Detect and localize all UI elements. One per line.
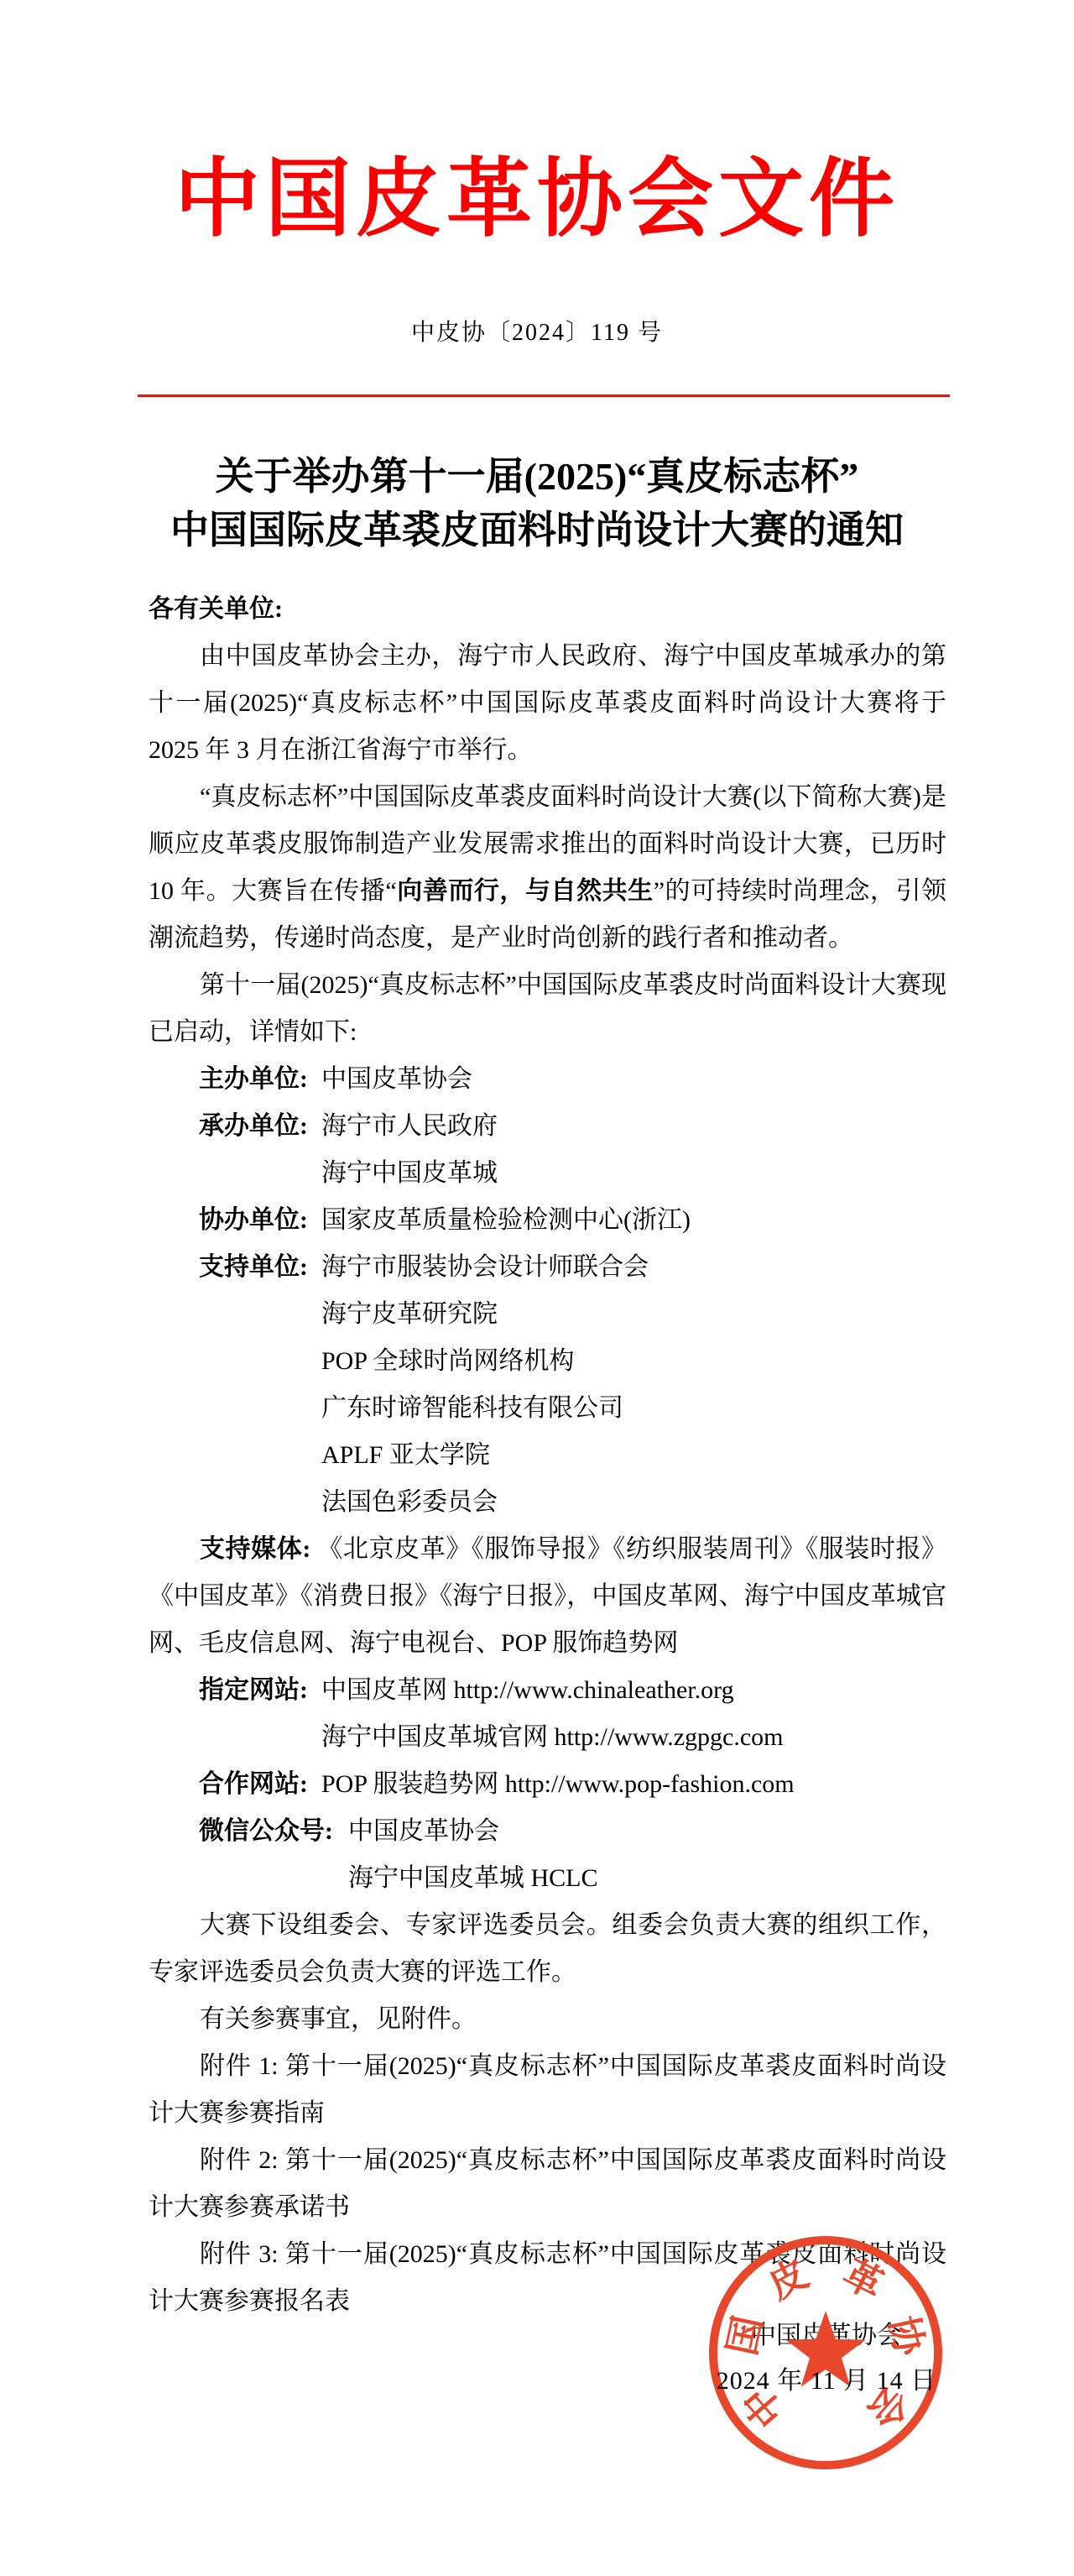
undertaker-unit-value: 海宁中国皮革城 xyxy=(321,1150,946,1197)
supporters-label: 支持单位: xyxy=(199,1244,321,1291)
official-websites-block: 指定网站:中国皮革网 http://www.chinaleather.org 海… xyxy=(149,1667,946,1761)
media-supporters-paragraph: 支持媒体: 《北京皮革》《服饰导报》《纺织服装周刊》《服装时报》《中国皮革》《消… xyxy=(149,1526,946,1667)
wechat-account-label: 微信公众号: xyxy=(199,1808,348,1855)
partner-website-block: 合作网站:POP 服装趋势网 http://www.pop-fashion.co… xyxy=(149,1761,946,1808)
red-divider-line xyxy=(138,394,950,397)
co-organizer-label: 协办单位: xyxy=(199,1197,321,1244)
partner-website-value: POP 服装趋势网 http://www.pop-fashion.com xyxy=(321,1770,795,1798)
paragraph-attachment-note: 有关参赛事宜，见附件。 xyxy=(149,1996,946,2043)
co-organizer-block: 协办单位:国家皮革质量检验检测中心(浙江) xyxy=(149,1197,946,1244)
media-supporters-label: 支持媒体: xyxy=(200,1535,317,1563)
host-unit-value: 中国皮革协会 xyxy=(321,1065,472,1093)
official-website-value: 中国皮革网 http://www.chinaleather.org xyxy=(321,1676,734,1704)
undertaker-unit-block: 承办单位:海宁市人民政府 海宁中国皮革城 xyxy=(149,1103,946,1197)
supporter-value: APLF 亚太学院 xyxy=(321,1432,946,1479)
document-body: 各有关单位: 由中国皮革协会主办，海宁市人民政府、海宁中国皮革城承办的第十一届(… xyxy=(0,586,1074,2325)
official-document-page: 中国皮革协会文件 中皮协〔2024〕119 号 关于举办第十一届(2025)“真… xyxy=(0,0,1074,2576)
official-seal: 中 国 皮 革 协 会 xyxy=(704,2231,947,2474)
supporter-value: POP 全球时尚网络机构 xyxy=(321,1338,946,1385)
undertaker-unit-label: 承办单位: xyxy=(199,1103,321,1150)
undertaker-unit-value: 海宁市人民政府 xyxy=(321,1112,498,1140)
document-title: 关于举办第十一届(2025)“真皮标志杯” 中国国际皮革裘皮面料时尚设计大赛的通… xyxy=(0,450,1074,557)
salutation: 各有关单位: xyxy=(149,586,946,633)
supporter-value: 海宁市服装协会设计师联合会 xyxy=(321,1253,649,1281)
supporter-value: 海宁皮革研究院 xyxy=(321,1291,946,1338)
seal-char: 国 xyxy=(720,2312,769,2359)
document-number: 中皮协〔2024〕119 号 xyxy=(0,316,1074,350)
paragraph-background: “真皮标志杯”中国国际皮革裘皮面料时尚设计大赛(以下简称大赛)是顺应皮革裘皮服饰… xyxy=(149,774,946,962)
paragraph-launch: 第十一届(2025)“真皮标志杯”中国国际皮革裘皮时尚面料设计大赛现已启动，详情… xyxy=(149,962,946,1056)
attachment-item-1: 附件 1: 第十一届(2025)“真皮标志杯”中国国际皮革裘皮面料时尚设计大赛参… xyxy=(149,2043,946,2137)
supporter-value: 广东时谛智能科技有限公司 xyxy=(321,1385,946,1432)
wechat-account-block: 微信公众号:中国皮革协会 海宁中国皮革城 HCLC xyxy=(149,1808,946,1902)
wechat-account-value: 海宁中国皮革城 HCLC xyxy=(348,1855,946,1902)
official-website-value: 海宁中国皮革城官网 http://www.zgpgc.com xyxy=(321,1714,946,1761)
partner-website-label: 合作网站: xyxy=(199,1761,321,1808)
seal-char: 协 xyxy=(881,2312,931,2361)
host-unit-block: 主办单位:中国皮革协会 xyxy=(149,1056,946,1103)
host-unit-label: 主办单位: xyxy=(199,1056,321,1103)
supporters-block: 支持单位:海宁市服装协会设计师联合会 海宁皮革研究院 POP 全球时尚网络机构 … xyxy=(149,1244,946,1526)
document-header-title: 中国皮革协会文件 xyxy=(0,0,1074,264)
paragraph-committee: 大赛下设组委会、专家评选委员会。组委会负责大赛的组织工作，专家评选委员会负责大赛… xyxy=(149,1902,946,1996)
document-title-line1: 关于举办第十一届(2025)“真皮标志杯” xyxy=(0,450,1074,504)
attachment-item-2: 附件 2: 第十一届(2025)“真皮标志杯”中国国际皮革裘皮面料时尚设计大赛参… xyxy=(149,2137,946,2231)
supporter-value: 法国色彩委员会 xyxy=(321,1479,946,1526)
wechat-account-value: 中国皮革协会 xyxy=(348,1817,499,1845)
document-title-line2: 中国国际皮革裘皮面料时尚设计大赛的通知 xyxy=(0,504,1074,557)
co-organizer-value: 国家皮革质量检验检测中心(浙江) xyxy=(321,1206,691,1234)
paragraph-intro: 由中国皮革协会主办，海宁市人民政府、海宁中国皮革城承办的第十一届(2025)“真… xyxy=(149,633,946,774)
slogan-bold-phrase: 向善而行，与自然共生 xyxy=(397,877,654,905)
official-websites-label: 指定网站: xyxy=(199,1667,321,1714)
signature-date: 2024 年 11 月 14 日 xyxy=(701,2359,952,2404)
